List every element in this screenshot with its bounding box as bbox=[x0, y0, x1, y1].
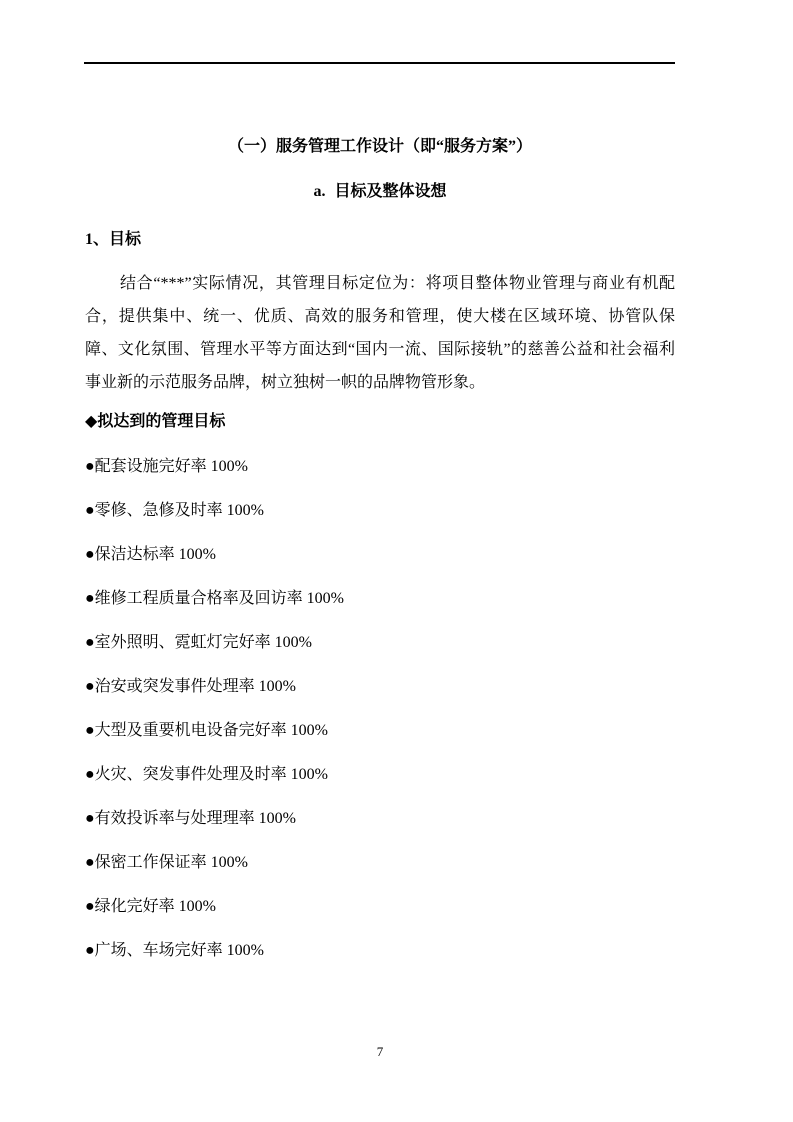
goal-item-text: 维修工程质量合格率及回访率 100% bbox=[95, 590, 344, 607]
circle-bullet-icon: ● bbox=[85, 854, 95, 871]
circle-bullet-icon: ● bbox=[85, 678, 95, 695]
document-page: （一）服务管理工作设计（即“服务方案”） a.目标及整体设想 1、目标 结合“*… bbox=[0, 0, 793, 1122]
goal-item-text: 火灾、突发事件处理及时率 100% bbox=[95, 766, 328, 783]
goal-item-text: 保密工作保证率 100% bbox=[95, 854, 248, 871]
goals-heading-text: 拟达到的管理目标 bbox=[97, 413, 225, 430]
circle-bullet-icon: ● bbox=[85, 810, 95, 827]
goal-item: ●火灾、突发事件处理及时率 100% bbox=[85, 765, 675, 785]
page-number: 7 bbox=[85, 1044, 675, 1060]
circle-bullet-icon: ● bbox=[85, 722, 95, 739]
goal-item-text: 广场、车场完好率 100% bbox=[95, 942, 264, 959]
intro-paragraph: 结合“***”实际情况，其管理目标定位为：将项目整体物业管理与商业有机配合，提供… bbox=[85, 267, 675, 399]
subtitle-prefix: a. bbox=[313, 183, 325, 200]
goal-item-text: 配套设施完好率 100% bbox=[95, 458, 248, 475]
document-subtitle: a.目标及整体设想 bbox=[85, 182, 675, 202]
goal-item: ●绿化完好率 100% bbox=[85, 897, 675, 917]
goal-item: ●保密工作保证率 100% bbox=[85, 853, 675, 873]
document-content: （一）服务管理工作设计（即“服务方案”） a.目标及整体设想 1、目标 结合“*… bbox=[85, 0, 675, 985]
goal-item: ●保洁达标率 100% bbox=[85, 545, 675, 565]
circle-bullet-icon: ● bbox=[85, 766, 95, 783]
goals-heading: ◆拟达到的管理目标 bbox=[85, 412, 675, 432]
diamond-bullet-icon: ◆ bbox=[85, 413, 97, 430]
goal-item-text: 绿化完好率 100% bbox=[95, 898, 216, 915]
goal-item: ●大型及重要机电设备完好率 100% bbox=[85, 721, 675, 741]
goal-item-text: 有效投诉率与处理理率 100% bbox=[95, 810, 296, 827]
circle-bullet-icon: ● bbox=[85, 942, 95, 959]
circle-bullet-icon: ● bbox=[85, 458, 95, 475]
goals-list: ●配套设施完好率 100% ●零修、急修及时率 100% ●保洁达标率 100%… bbox=[85, 457, 675, 961]
goal-item: ●配套设施完好率 100% bbox=[85, 457, 675, 477]
goal-item-text: 零修、急修及时率 100% bbox=[95, 502, 264, 519]
goal-item: ●广场、车场完好率 100% bbox=[85, 941, 675, 961]
goal-item: ●维修工程质量合格率及回访率 100% bbox=[85, 589, 675, 609]
goal-item-text: 室外照明、霓虹灯完好率 100% bbox=[95, 634, 312, 651]
circle-bullet-icon: ● bbox=[85, 502, 95, 519]
goal-item-text: 保洁达标率 100% bbox=[95, 546, 216, 563]
goal-item: ●零修、急修及时率 100% bbox=[85, 501, 675, 521]
goal-item-text: 治安或突发事件处理率 100% bbox=[95, 678, 296, 695]
goal-item: ●治安或突发事件处理率 100% bbox=[85, 677, 675, 697]
goal-item: ●有效投诉率与处理理率 100% bbox=[85, 809, 675, 829]
goal-item-text: 大型及重要机电设备完好率 100% bbox=[95, 722, 328, 739]
circle-bullet-icon: ● bbox=[85, 546, 95, 563]
document-title: （一）服务管理工作设计（即“服务方案”） bbox=[85, 137, 675, 157]
circle-bullet-icon: ● bbox=[85, 634, 95, 651]
circle-bullet-icon: ● bbox=[85, 898, 95, 915]
circle-bullet-icon: ● bbox=[85, 590, 95, 607]
goal-item: ●室外照明、霓虹灯完好率 100% bbox=[85, 633, 675, 653]
subtitle-text: 目标及整体设想 bbox=[334, 183, 446, 200]
section-heading: 1、目标 bbox=[85, 230, 675, 250]
